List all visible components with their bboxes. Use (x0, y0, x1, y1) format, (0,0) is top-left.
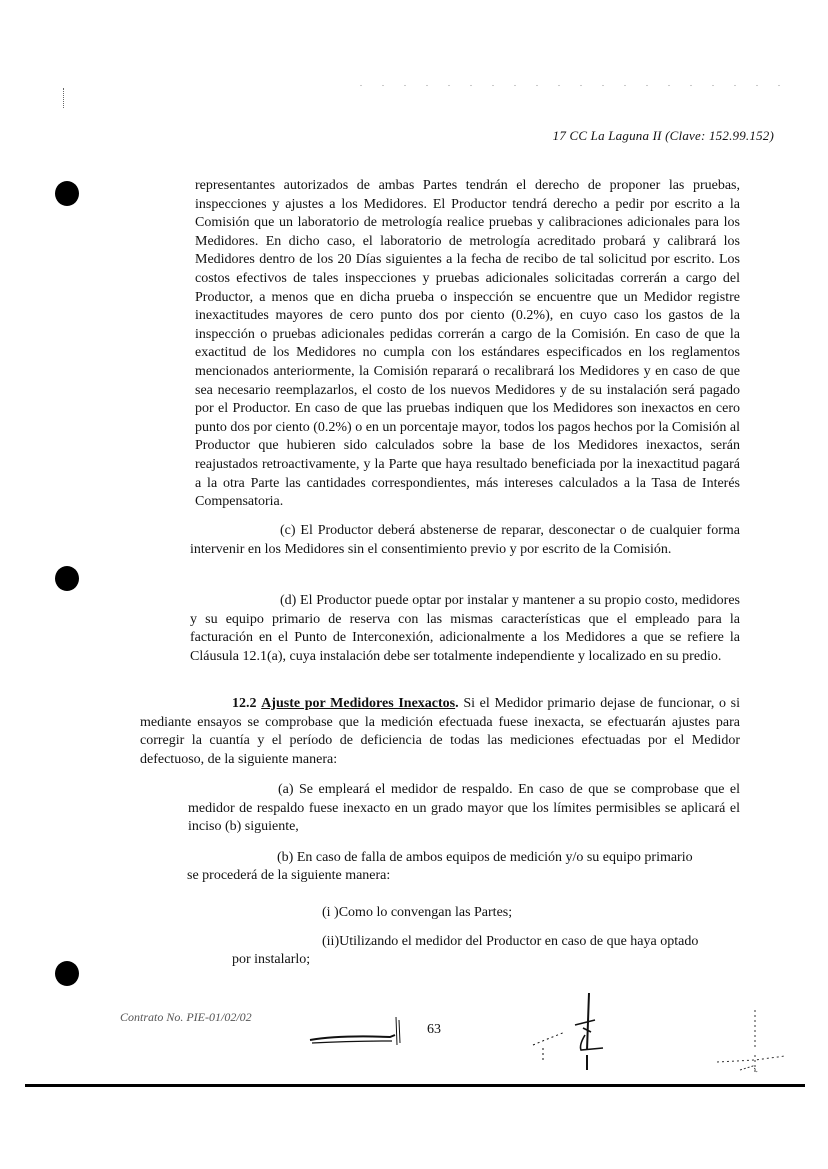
paragraph-continuation: representantes autorizados de ambas Part… (195, 177, 740, 512)
scan-artifact-marks (63, 88, 65, 108)
item-ii-line2: por instalarlo; (232, 951, 310, 970)
initials-signature-icon (715, 1010, 795, 1080)
footer-contract-number: Contrato No. PIE-01/02/02 (120, 1010, 252, 1025)
item-a: (a) Se empleará el medidor de respaldo. … (188, 781, 740, 837)
paragraph-d: (d) El Productor puede optar por instala… (190, 592, 740, 666)
item-b-line2: se procederá de la siguiente manera: (187, 867, 390, 886)
hole-punch-icon (55, 181, 79, 206)
paragraph-c: (c) El Productor deberá abstenerse de re… (190, 522, 740, 559)
scan-artifact-dots (350, 84, 780, 87)
page-number: 63 (427, 1022, 441, 1038)
document-header-reference: 17 CC La Laguna II (Clave: 152.99.152) (553, 128, 774, 144)
section-number: 12.2 (232, 696, 257, 711)
bottom-rule-divider (25, 1084, 805, 1087)
hole-punch-icon (55, 961, 79, 986)
item-ii-line1: (ii)Utilizando el medidor del Productor … (322, 933, 698, 952)
initials-signature-icon (525, 990, 615, 1070)
item-i: (i )Como lo convengan las Partes; (322, 904, 512, 923)
hole-punch-icon (55, 566, 79, 591)
section-title: Ajuste por Medidores Inexactos (261, 696, 455, 711)
section-12-2: 12.2 Ajuste por Medidores Inexactos. Si … (140, 695, 740, 769)
signature-icon (300, 995, 410, 1050)
item-b-line1: (b) En caso de falla de ambos equipos de… (277, 849, 693, 868)
